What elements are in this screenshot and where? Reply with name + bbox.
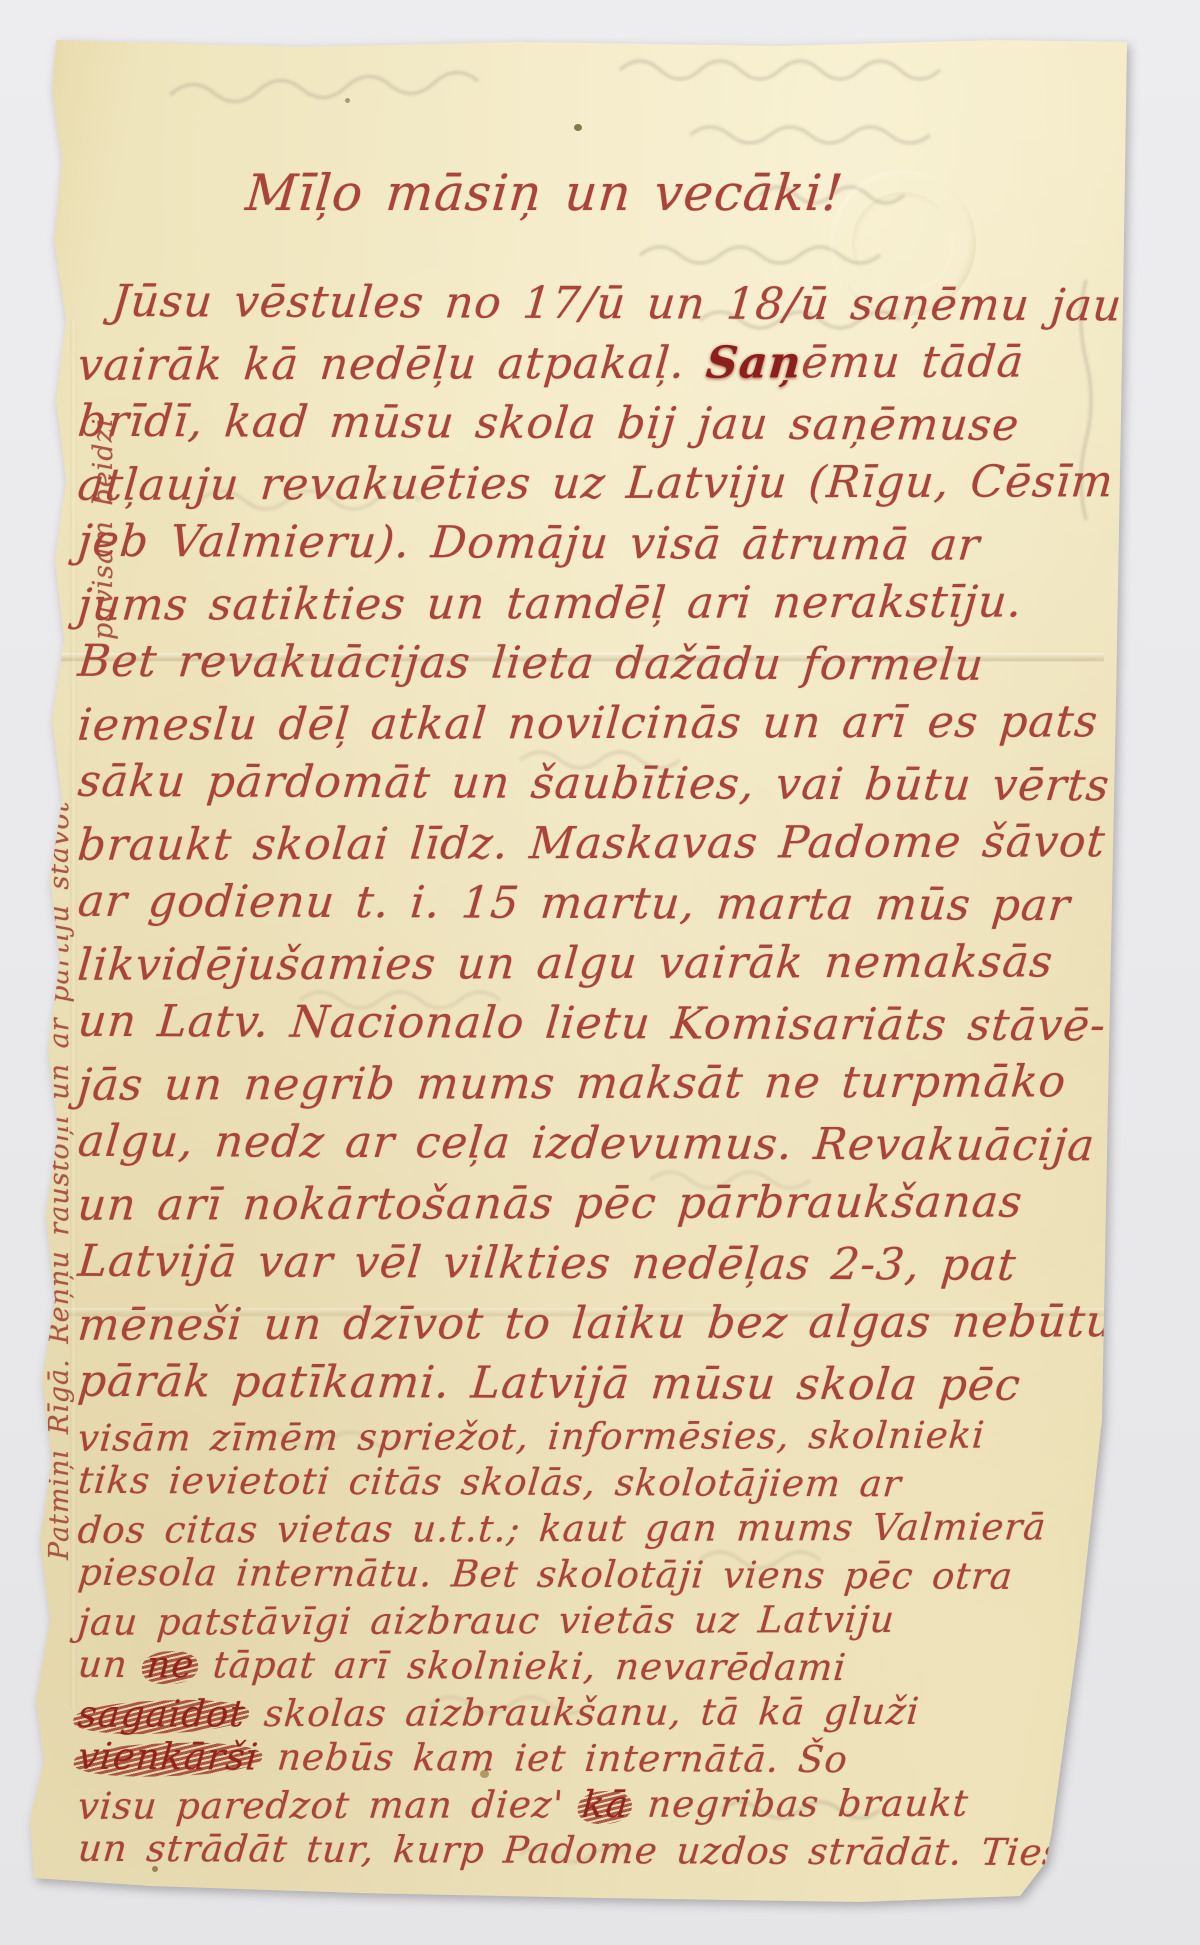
letter-line: jums satikties un tamdēļ ari nerakstīju. (75, 572, 1104, 636)
letter-line: vienkārši nebūs kam iet internātā. Šo (76, 1734, 1104, 1784)
letter-text: pārāk patīkami. Latvijā mūsu skola pēc (76, 1356, 1023, 1411)
letter-word-scribble: ne (145, 1643, 197, 1686)
letter-text: visu paredzot man diez' (76, 1783, 584, 1828)
letter-text: piesola internātu. Bet skolotāji viens p… (76, 1551, 1015, 1598)
letter-text: brīdī, kad mūsu skola bij jau saņēmuse (76, 396, 1022, 451)
letter-text: un strādāt tur, kurp Padome uzdos strādā… (76, 1827, 1100, 1874)
letter-line: un strādāt tur, kurp Padome uzdos strādā… (76, 1826, 1104, 1876)
letter-text: likvidējušamies un algu vairāk nemaksās (76, 936, 1056, 990)
letter-line: Bet revakuācijas lieta dažādu formelu (75, 632, 1104, 696)
letter-text: jās un negrib mums maksāt ne turpmāko (76, 1056, 1069, 1110)
letter-text: vairāk kā nedēļu atpakaļ. (76, 338, 709, 391)
letter-line: jau patstāvīgi aizbrauc vietās uz Latvij… (76, 1596, 1104, 1646)
letter-line: iemeslu dēļ atkal novilcinās un arī es p… (75, 692, 1104, 756)
letter-text: Latvijā var vēl vilkties nedēļas 2-3, pa… (76, 1236, 1019, 1291)
letter-line: atļauju revakuēties uz Latviju (Rīgu, Cē… (75, 452, 1104, 516)
salutation: Mīļo māsiņ un vecāki! (75, 160, 1105, 226)
letter-word-scribble: kā (581, 1783, 631, 1826)
letter-text: mēneši un dzīvot to laiku bez algas nebū… (76, 1296, 1118, 1351)
letter-line: tiks ievietoti citās skolās, skolotājiem… (76, 1458, 1104, 1508)
age-speck (345, 98, 350, 103)
letter-text: jeb Valmieru). Domāju visā ātrumā ar (76, 516, 982, 571)
letter-line: un arī nokārtošanās pēc pārbraukšanas (75, 1172, 1104, 1236)
letter-line: braukt skolai līdz. Maskavas Padome šāvo… (75, 812, 1104, 876)
letter-line: vairāk kā nedēļu atpakaļ. Saņēmu tādā (75, 332, 1104, 396)
letter-line: Jūsu vēstules no 17/ū un 18/ū saņēmu jau (75, 272, 1104, 336)
letter-text: tāpat arī skolnieki, nevarēdami (192, 1643, 848, 1689)
letter-line: piesola internātu. Bet skolotāji viens p… (76, 1550, 1104, 1600)
letter-line: un ne tāpat arī skolnieki, nevarēdami (76, 1642, 1104, 1692)
letter-line: sagaidot skolas aizbraukšanu, tā kā gluž… (76, 1688, 1104, 1738)
letter-line: dos citas vietas u.t.t.; kaut gan mums V… (76, 1504, 1104, 1554)
letter-line: algu, nedz ar ceļa izdevumus. Revakuācij… (75, 1112, 1104, 1176)
letter-text: skolas aizbraukšanu, tā kā gluži (244, 1690, 922, 1735)
letter-word-blot: Saņ (704, 337, 804, 388)
letter-line: jeb Valmieru). Domāju visā ātrumā ar (75, 512, 1104, 576)
letter-text: ēmu tādā (799, 336, 1026, 388)
letter-line: pārāk patīkami. Latvijā mūsu skola pēc (75, 1352, 1104, 1416)
letter-text: jau patstāvīgi aizbrauc vietās uz Latvij… (76, 1598, 897, 1644)
letter-line: likvidējušamies un algu vairāk nemaksās (75, 932, 1104, 996)
letter-paper: Patmiņi Rīgā. Reņņu raustoņi un ar parti… (0, 0, 1200, 1945)
letter-text: Jūsu vēstules no 17/ū un 18/ū saņēmu jau (110, 276, 1125, 331)
letter-text: negribas braukt (627, 1782, 970, 1826)
letter-text: jums satikties un tamdēļ ari nerakstīju. (76, 576, 1025, 630)
letter-text: iemeslu dēļ atkal novilcinās un arī es p… (76, 696, 1101, 751)
margin-note-line: Patmiņi Rīgā. Reņņu raustoņi un ar parti… (44, 310, 75, 1560)
letter-text: dos citas vietas u.t.t.; kaut gan mums V… (76, 1505, 1048, 1551)
letter-line: sāku pārdomāt un šaubīties, vai būtu vēr… (75, 752, 1104, 816)
letter-line: mēneši un dzīvot to laiku bez algas nebū… (75, 1292, 1104, 1356)
letter-text: nebūs kam iet internātā. Šo (257, 1736, 850, 1782)
letter-line: visu paredzot man diez' kā negribas brau… (76, 1780, 1104, 1830)
letter-line: visām zīmēm spriežot, informēsies, skoln… (76, 1412, 1104, 1462)
letter-word-scribble: vienkārši (76, 1735, 260, 1779)
letter-text: atļauju revakuēties uz Latviju (Rīgu, Cē… (76, 456, 1116, 511)
letter-text: un (76, 1643, 148, 1686)
letter-line: un Latv. Nacionalo lietu Komisariāts stā… (75, 992, 1104, 1056)
letter-text: un Latv. Nacionalo lietu Komisariāts stā… (76, 996, 1109, 1051)
letter-text: tiks ievietoti citās skolās, skolotājiem… (76, 1459, 903, 1506)
letter-word-scribble: sagaidot (76, 1692, 247, 1736)
letter-text: ar godienu t. i. 15 martu, marta mūs par (76, 876, 1073, 931)
letter-text: visām zīmēm spriežot, informēsies, skoln… (76, 1414, 987, 1460)
letter-text: sāku pārdomāt un šaubīties, vai būtu vēr… (76, 756, 1112, 812)
letter-text: Bet revakuācijas lieta dažādu formelu (76, 636, 986, 691)
body-lines: Jūsu vēstules no 17/ū un 18/ū saņēmu jau… (78, 274, 1102, 1874)
letter-line: ar godienu t. i. 15 martu, marta mūs par (75, 872, 1104, 936)
letter-text: algu, nedz ar ceļa izdevumus. Revakuācij… (76, 1116, 1097, 1171)
letter-body: Mīļo māsiņ un vecāki! Jūsu vēstules no 1… (78, 160, 1102, 1874)
letter-line: Latvijā var vēl vilkties nedēļas 2-3, pa… (75, 1232, 1104, 1296)
letter-text: braukt skolai līdz. Maskavas Padome šāvo… (76, 816, 1108, 871)
paper-surface: Patmiņi Rīgā. Reņņu raustoņi un ar parti… (0, 0, 1200, 1945)
letter-line: brīdī, kad mūsu skola bij jau saņēmuse (75, 392, 1104, 456)
letter-text: un arī nokārtošanās pēc pārbraukšanas (76, 1176, 1025, 1230)
scan-background: Patmiņi Rīgā. Reņņu raustoņi un ar parti… (0, 0, 1200, 1945)
letter-line: jās un negrib mums maksāt ne turpmāko (75, 1052, 1104, 1116)
age-speck (574, 124, 582, 131)
